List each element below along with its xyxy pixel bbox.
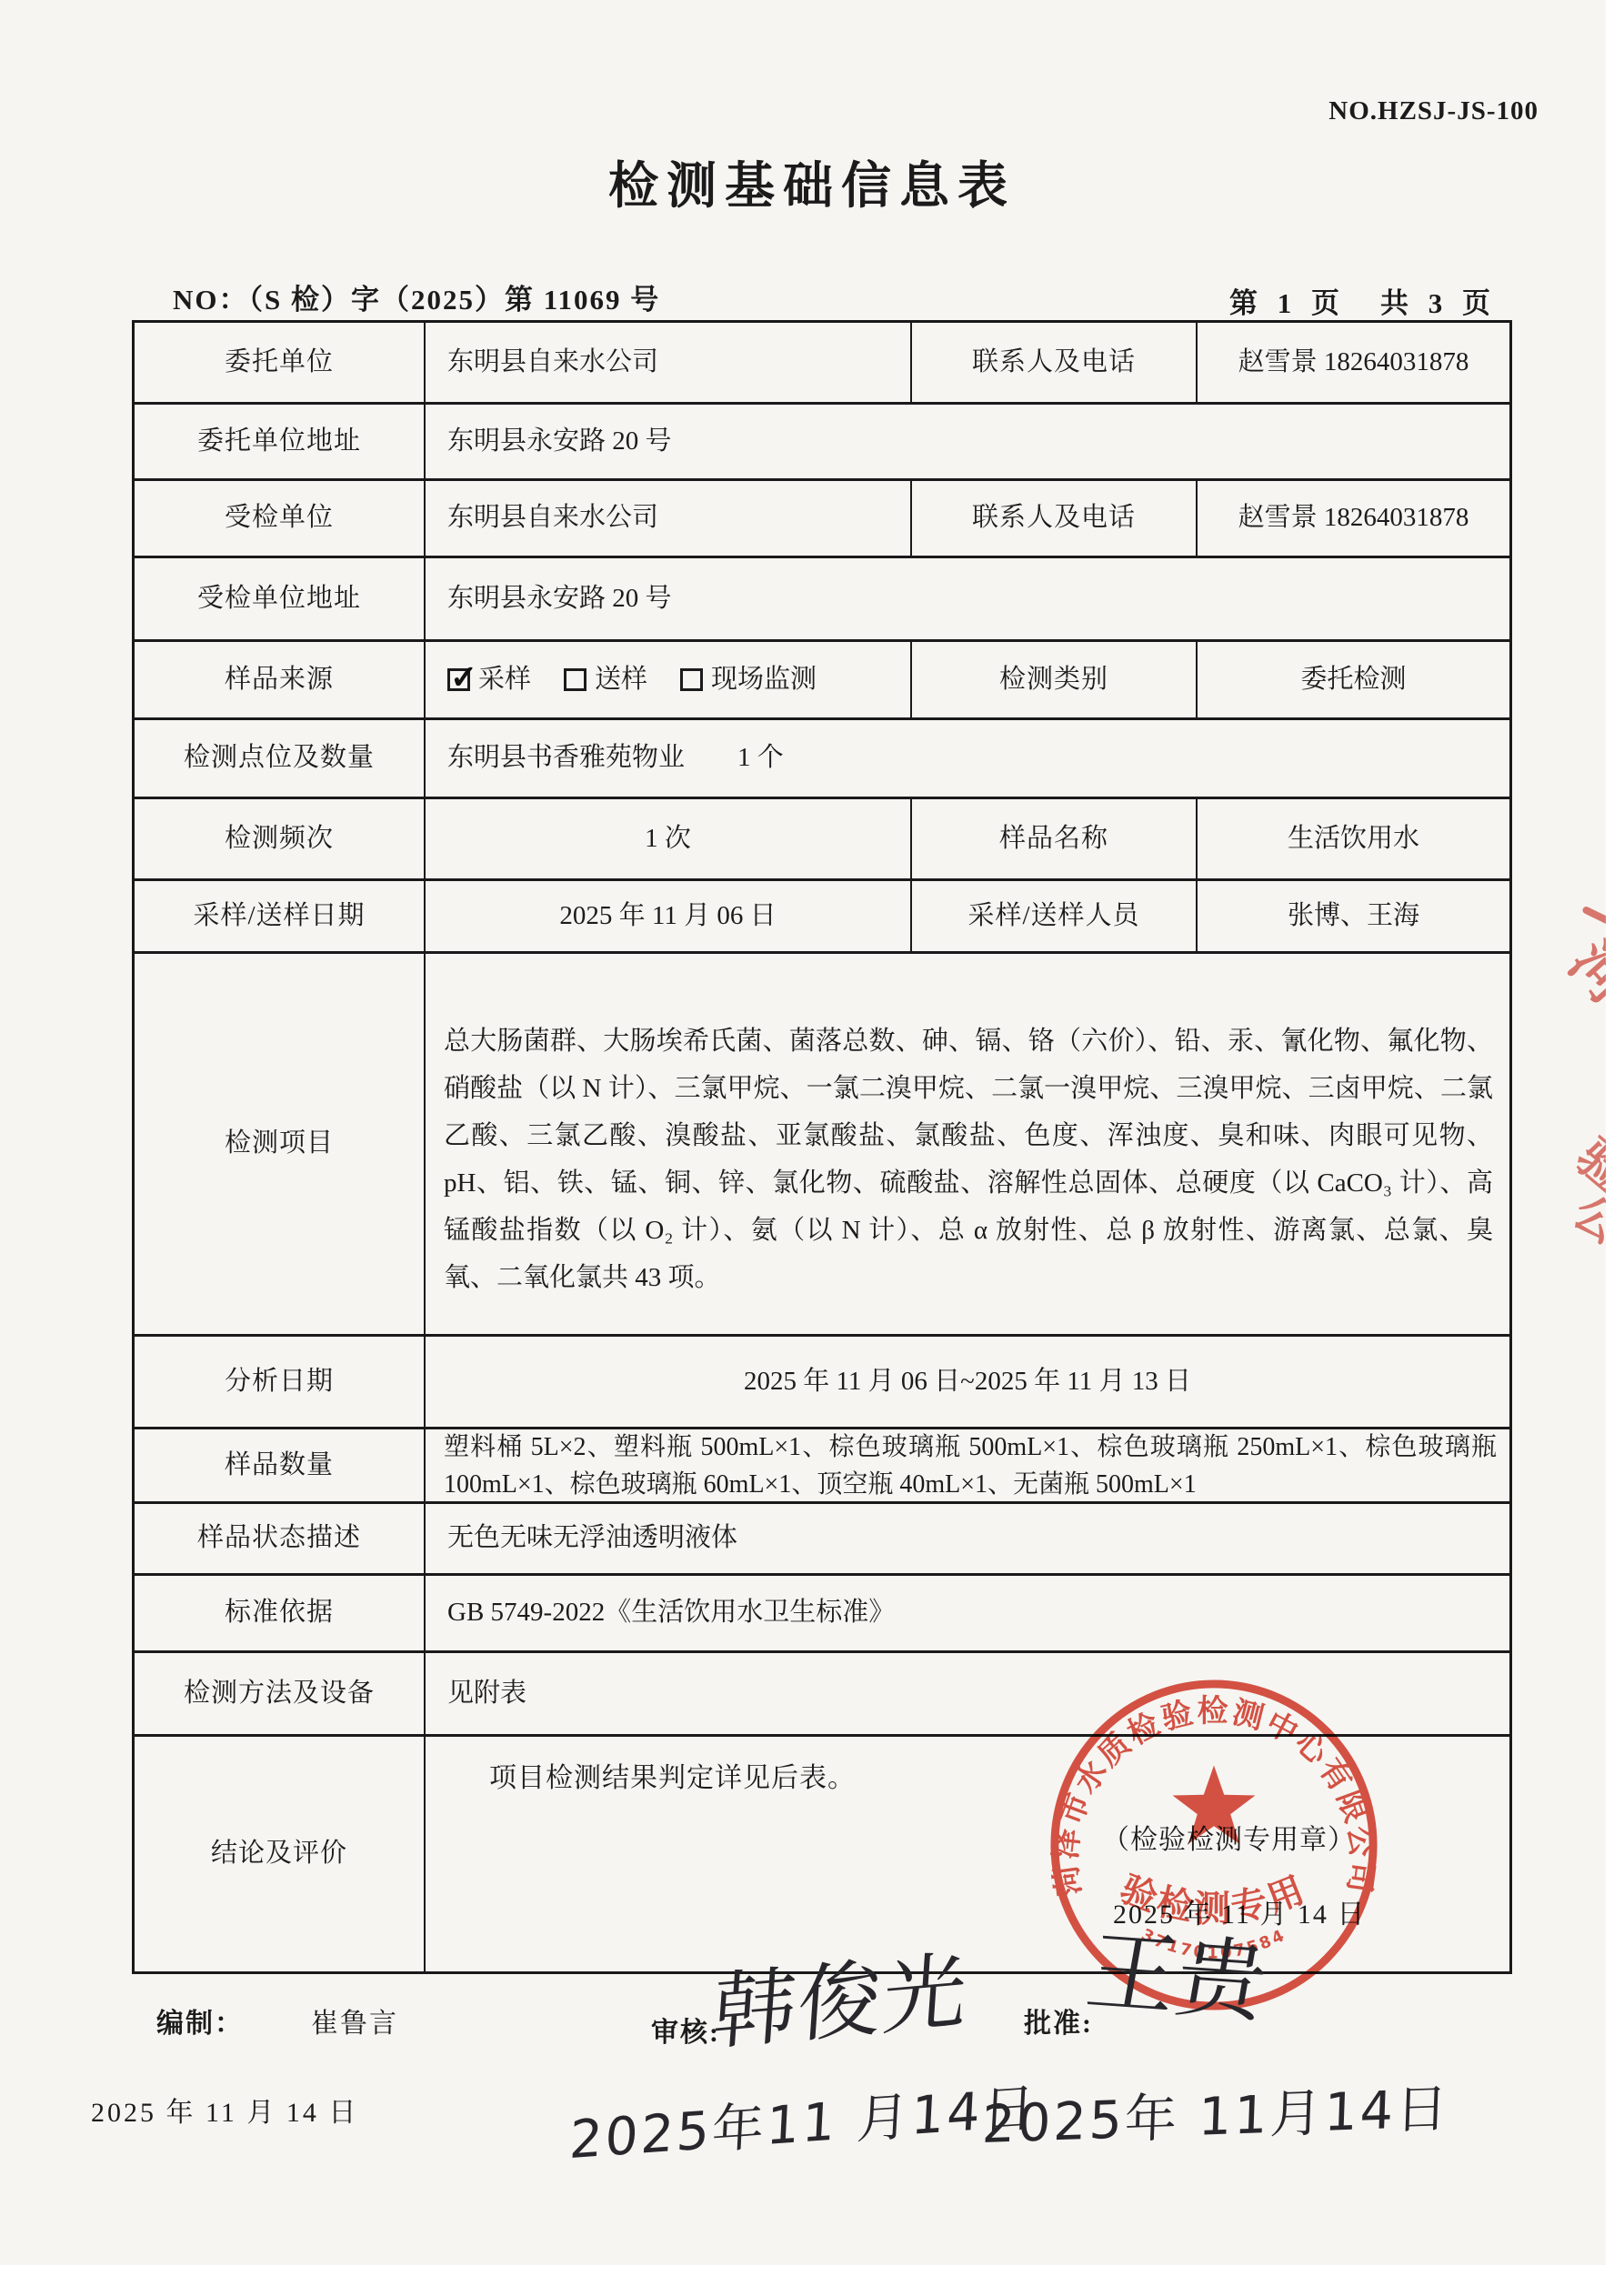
row-value-secondary: 生活饮用水 [1198, 799, 1509, 878]
table-row: 采样/送样日期2025 年 11 月 06 日采样/送样人员张博、王海 [135, 881, 1509, 954]
seal-star [1173, 1765, 1256, 1843]
table-row: 样品来源采样送样现场监测检测类别委托检测 [135, 642, 1509, 720]
row-label-secondary: 样品名称 [912, 799, 1198, 878]
row-value-secondary: 赵雪景 18264031878 [1198, 323, 1509, 402]
row-value-secondary: 委托检测 [1198, 642, 1509, 717]
report-number: NO：（S 检）字（2025）第 11069 号 [173, 276, 660, 317]
row-label-secondary: 检测类别 [912, 642, 1198, 717]
row-label: 样品数量 [135, 1429, 426, 1501]
approver-date-handwritten: 2025年 11月14日 [981, 2067, 1452, 2158]
table-row: 检测频次1 次样品名称生活饮用水 [135, 799, 1509, 881]
checkbox-option: 送样 [564, 663, 647, 697]
row-value: 2025 年 11 月 06 日~2025 年 11 月 13 日 [426, 1337, 1509, 1427]
table-row: 受检单位地址东明县永安路 20 号 [135, 558, 1509, 642]
conclusion-text: 项目检测结果判定详见后表。 [489, 1760, 856, 1796]
row-label: 分析日期 [135, 1337, 426, 1427]
row-label: 检测点位及数量 [135, 720, 426, 797]
row-label-secondary: 联系人及电话 [912, 323, 1198, 402]
row-value: 1 次 [426, 799, 912, 878]
row-value: 东明县永安路 20 号 [426, 405, 1509, 478]
table-row: 委托单位东明县自来水公司联系人及电话赵雪景 18264031878 [135, 323, 1509, 405]
row-value: 东明县永安路 20 号 [426, 558, 1509, 639]
table-row: 检测项目总大肠菌群、大肠埃希氏菌、菌落总数、砷、镉、铬（六价）、铅、汞、氰化物、… [135, 954, 1509, 1337]
row-value: GB 5749-2022《生活饮用水卫生标准》 [426, 1576, 1509, 1650]
checkbox-unchecked-icon [564, 668, 586, 691]
row-label-secondary: 采样/送样人员 [912, 881, 1198, 951]
scanner-background-right [1606, 0, 1624, 2296]
row-label: 委托单位 [135, 323, 426, 402]
checkbox-checked-icon [447, 668, 470, 691]
row-label: 样品状态描述 [135, 1504, 426, 1573]
table-row: 委托单位地址东明县永安路 20 号 [135, 405, 1509, 481]
table-row: 检测点位及数量东明县书香雅苑物业 1 个 [135, 720, 1509, 799]
sample-source-options: 采样送样现场监测 [426, 642, 912, 717]
prepared-by-label: 编制： [156, 2000, 244, 2040]
scanned-report-page: NO.HZSJ-JS-100 检测基础信息表 NO：（S 检）字（2025）第 … [0, 0, 1624, 2296]
table-row: 标准依据GB 5749-2022《生活饮用水卫生标准》 [135, 1576, 1509, 1653]
row-value-secondary: 张博、王海 [1198, 881, 1509, 951]
row-label: 标准依据 [135, 1576, 426, 1650]
row-label: 结论及评价 [135, 1737, 426, 1971]
prepared-by-name: 崔鲁言 [311, 2000, 398, 2040]
scanner-background-bottom [0, 2265, 1624, 2296]
row-label: 检测方法及设备 [135, 1653, 426, 1734]
row-value: 无色无味无浮油透明液体 [426, 1504, 1509, 1573]
checkbox-option-label: 送样 [595, 663, 647, 697]
row-value: 东明县书香雅苑物业 1 个 [426, 720, 1509, 797]
row-value-secondary: 赵雪景 18264031878 [1198, 481, 1509, 556]
paragraph-text: 总大肠菌群、大肠埃希氏菌、菌落总数、砷、镉、铬（六价）、铅、汞、氰化物、氟化物、… [444, 1018, 1493, 1301]
checkbox-option: 采样 [447, 663, 531, 697]
row-label: 检测项目 [135, 954, 426, 1334]
checkbox-unchecked-icon [680, 668, 703, 691]
row-label: 检测频次 [135, 799, 426, 878]
reviewer-date-handwritten: 2025年11 月14日 [567, 2066, 1038, 2173]
row-value-paragraph: 总大肠菌群、大肠埃希氏菌、菌落总数、砷、镉、铬（六价）、铅、汞、氰化物、氟化物、… [426, 954, 1509, 1334]
page-title: 检测基础信息表 [0, 145, 1624, 217]
checkbox-option-label: 采样 [478, 663, 531, 697]
row-label: 受检单位 [135, 481, 426, 556]
checkbox-option-label: 现场监测 [711, 663, 817, 697]
table-row: 分析日期2025 年 11 月 06 日~2025 年 11 月 13 日 [135, 1337, 1509, 1429]
reviewer-signature-handwritten: 韩俊光 [709, 1923, 973, 2067]
checkbox-option: 现场监测 [680, 663, 817, 697]
row-label-secondary: 联系人及电话 [912, 481, 1198, 556]
form-number: NO.HZSJ-JS-100 [1328, 96, 1539, 126]
page-indicator: 第 1 页 共 3 页 [1229, 280, 1497, 321]
row-label: 采样/送样日期 [135, 881, 426, 951]
approver-signature-handwritten: 王贵 [1078, 1900, 1278, 2040]
row-value: 2025 年 11 月 06 日 [426, 881, 912, 951]
row-value: 东明县自来水公司 [426, 323, 912, 402]
table-row: 样品数量塑料桶 5L×2、塑料瓶 500mL×1、棕色玻璃瓶 500mL×1、棕… [135, 1429, 1509, 1504]
table-row: 样品状态描述无色无味无浮油透明液体 [135, 1504, 1509, 1576]
prepared-date: 2025 年 11 月 14 日 [91, 2090, 358, 2130]
row-label: 样品来源 [135, 642, 426, 717]
row-value: 东明县自来水公司 [426, 481, 912, 556]
row-label: 委托单位地址 [135, 405, 426, 478]
table-row: 受检单位东明县自来水公司联系人及电话赵雪景 18264031878 [135, 481, 1509, 558]
paragraph-text: 塑料桶 5L×2、塑料瓶 500mL×1、棕色玻璃瓶 500mL×1、棕色玻璃瓶… [444, 1429, 1497, 1503]
row-value-paragraph: 塑料桶 5L×2、塑料瓶 500mL×1、棕色玻璃瓶 500mL×1、棕色玻璃瓶… [426, 1429, 1509, 1501]
row-label: 受检单位地址 [135, 558, 426, 639]
